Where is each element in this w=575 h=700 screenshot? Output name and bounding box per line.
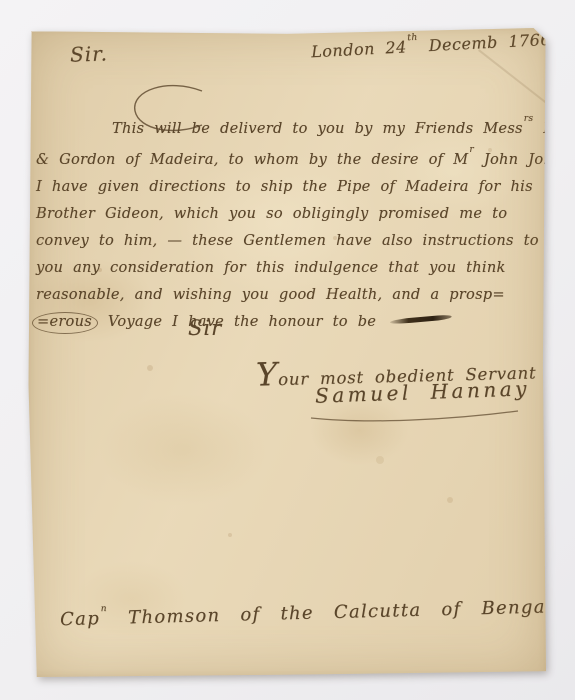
proof-circle: =erous [32, 312, 98, 334]
body-line-2: & Gordon of Madeira, to whom by the desi… [36, 143, 540, 174]
superscript: rs [524, 114, 534, 124]
address-line: Capn Thomson of the Calcutta of Bengall [60, 595, 575, 631]
letter-paper: Sir. London 24th Decemb 1766 This will b… [28, 28, 546, 677]
body-line-3: I have given directions to ship the Pipe… [36, 174, 540, 201]
body-line-6: you any consideration for this indulgenc… [36, 255, 540, 282]
foxing-specks [28, 28, 32, 32]
superscript: r [469, 145, 474, 155]
salutation: Sir. [70, 41, 109, 66]
closing-sir: Sir [188, 316, 222, 340]
body-line-1: This will be deliverd to you by my Frien… [36, 112, 540, 143]
pen-dash-stroke [390, 314, 452, 324]
body-line-7: reasonable, and wishing you good Health,… [36, 282, 540, 309]
letter-sheet: Sir. London 24th Decemb 1766 This will b… [28, 28, 546, 677]
body-line-8: =erous Voyage I have the honour to be [36, 309, 540, 336]
superscript: n [101, 604, 108, 614]
dateline-text: London 24 [311, 37, 408, 61]
body-line-5: convey to him, — these Gentlemen have al… [36, 228, 540, 255]
pen-underline-swash [308, 408, 523, 424]
dateline: London 24th Decemb 1766 [311, 30, 552, 62]
letter-body: This will be deliverd to you by my Frien… [36, 112, 540, 336]
dateline-text: Decemb 1766 [418, 30, 552, 56]
photo-background: Sir. London 24th Decemb 1766 This will b… [0, 0, 575, 700]
superscript: th [407, 32, 418, 43]
body-line-4: Brother Gideon, which you so obligingly … [36, 201, 540, 228]
pen-tail-swash [562, 595, 575, 618]
